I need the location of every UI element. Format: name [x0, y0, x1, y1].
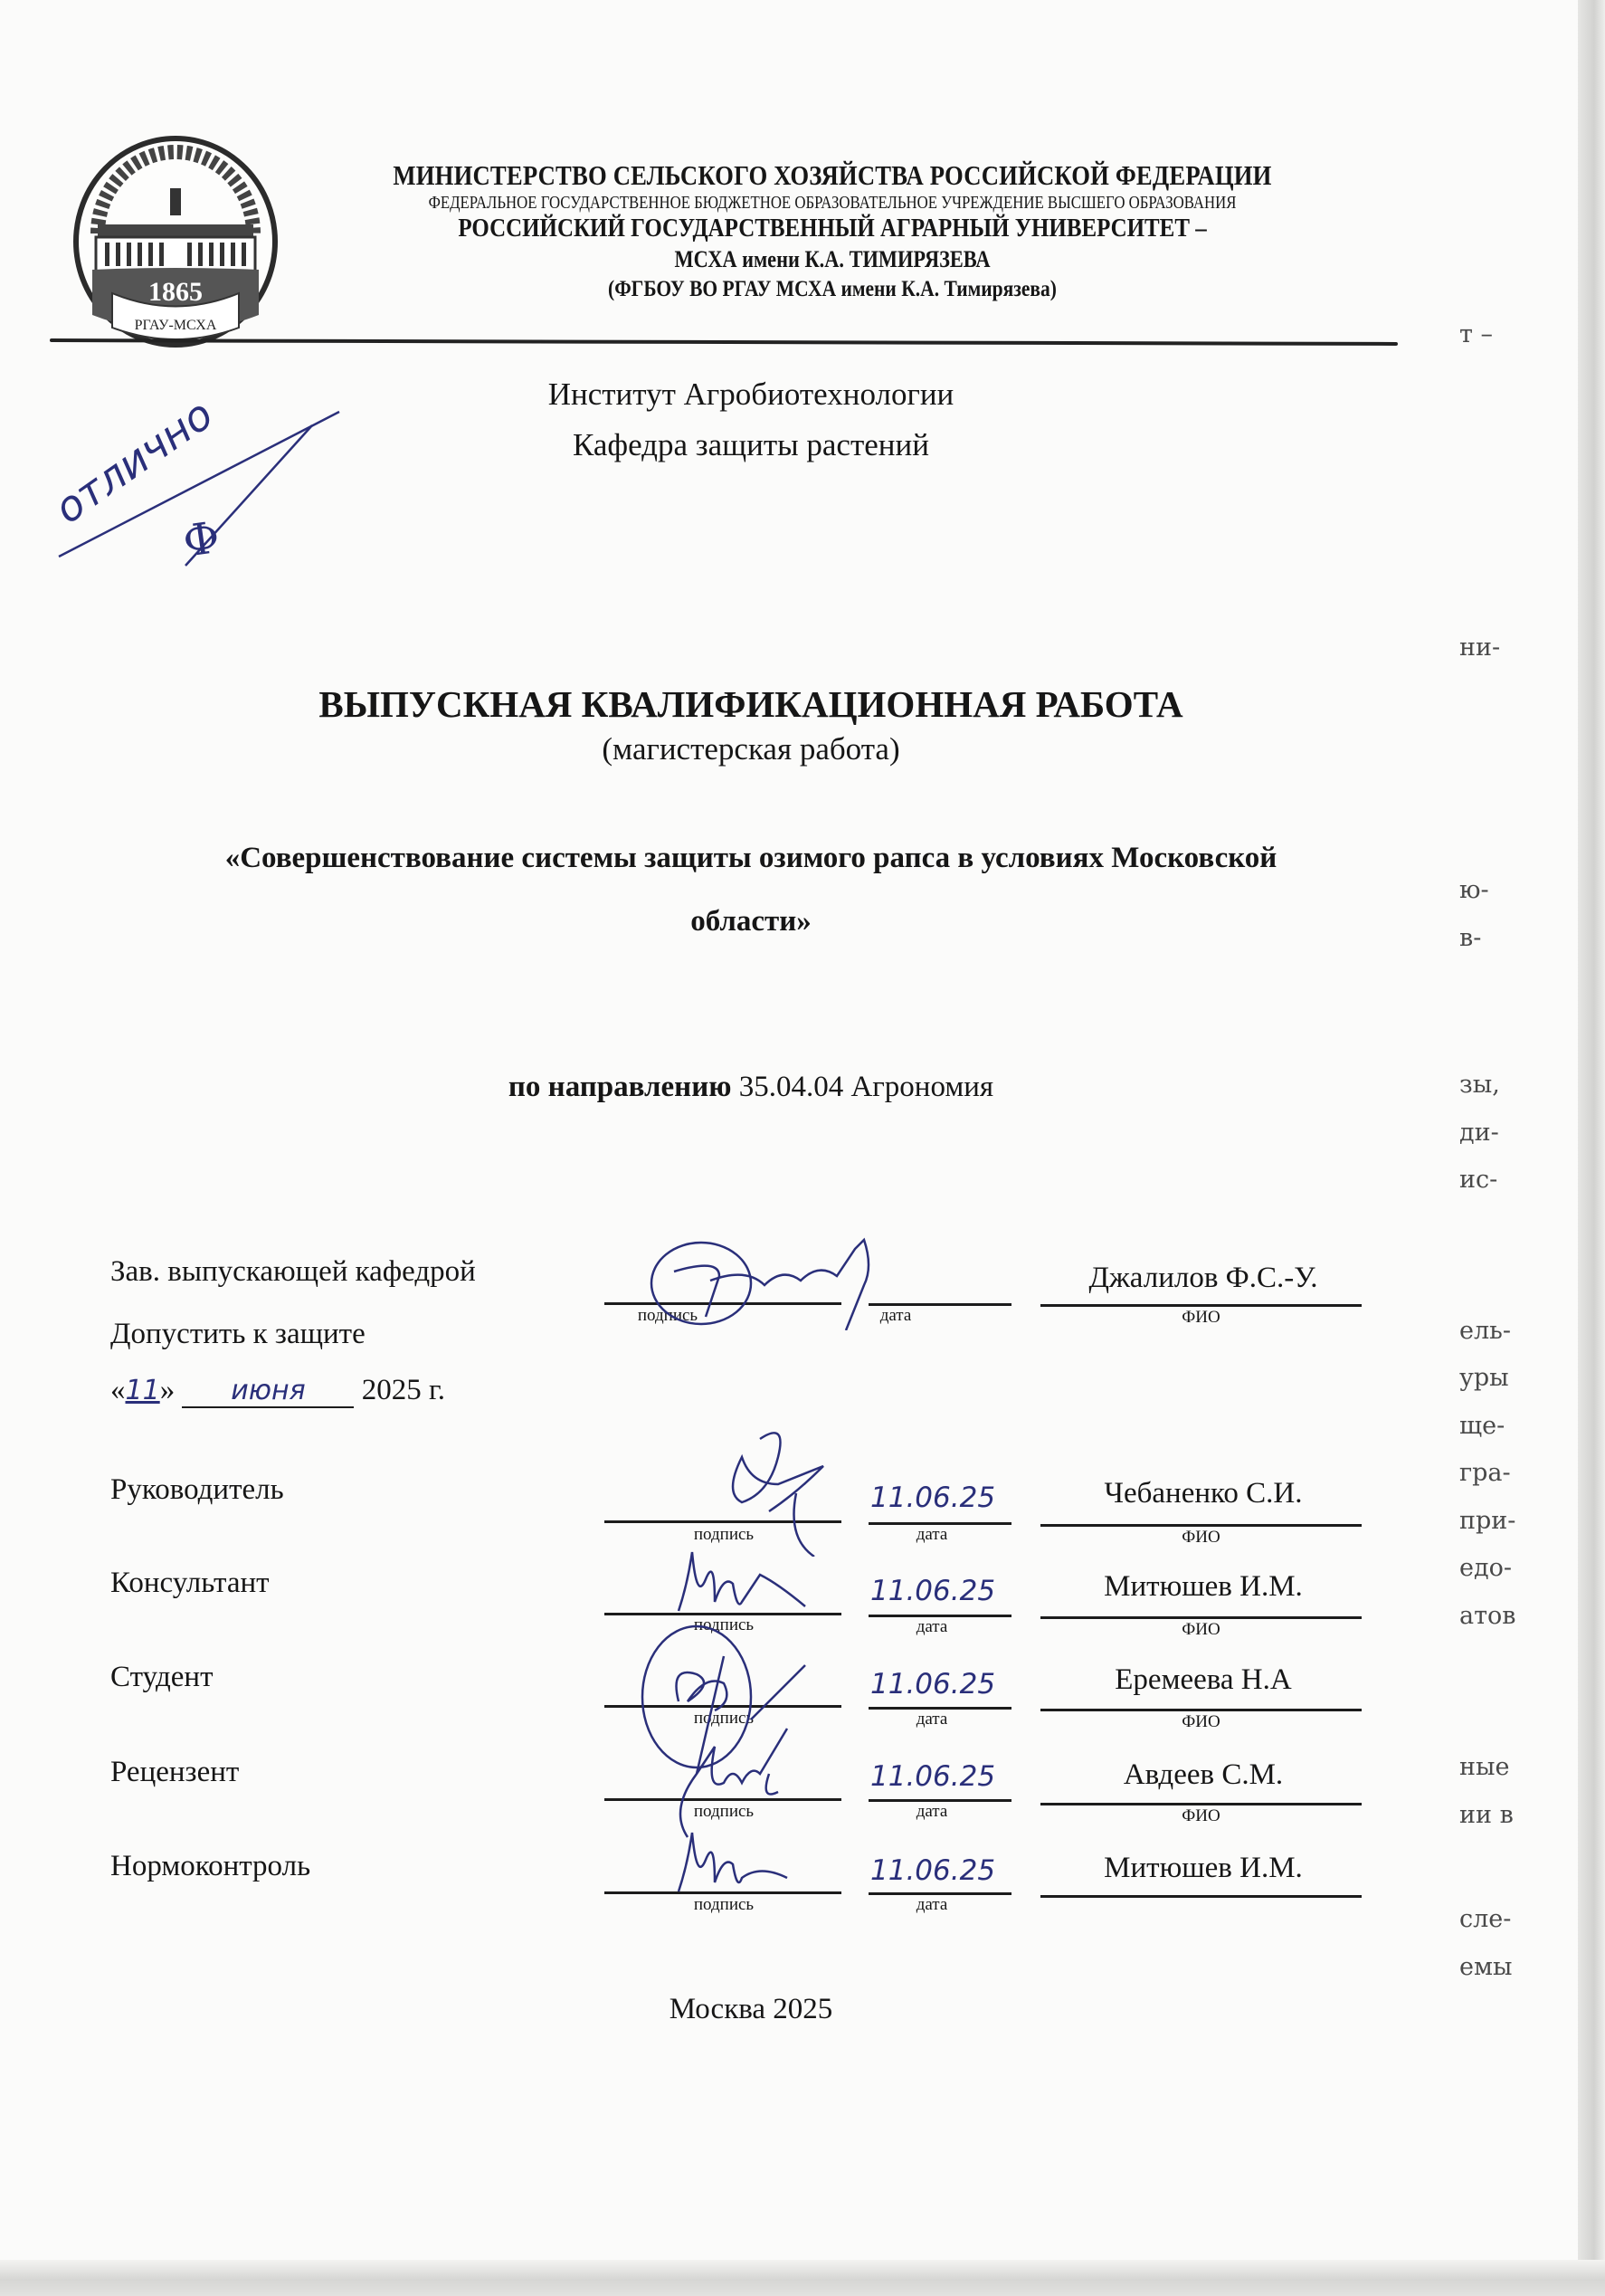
fio-line [1040, 1304, 1362, 1307]
role-reviewer: Рецензент [110, 1756, 239, 1789]
document-page: 1865 РГАУ-МСХА МИНИСТЕРСТВО СЕЛЬСКОГО ХО… [0, 0, 1605, 2296]
university-seal-icon: 1865 РГАУ-МСХА [71, 134, 280, 349]
bleed-through-text: т – [1459, 320, 1493, 348]
role-head-of-department: Зав. выпускающей кафедрой [110, 1255, 476, 1289]
city-year: Москва 2025 [0, 1993, 1502, 2026]
paper-edge-bottom [0, 2260, 1605, 2296]
caption-date: дата [905, 1710, 959, 1729]
bleed-through-text: емы [1459, 1953, 1512, 1981]
signature-consultant [670, 1548, 850, 1629]
caption-fio: ФИО [1040, 1806, 1362, 1826]
caption-date: дата [905, 1617, 959, 1637]
bleed-through-text: ные [1459, 1753, 1509, 1781]
fio-reviewer: Авдеев С.М. [1040, 1758, 1366, 1792]
fio-line [1040, 1524, 1362, 1527]
caption-fio: ФИО [1040, 1528, 1362, 1548]
study-direction: по направлению 35.04.04 Агрономия [0, 1071, 1502, 1104]
fio-line [1040, 1803, 1362, 1805]
date-norm-control: 11.06.25 [870, 1854, 995, 1887]
bleed-through-text: ии в [1459, 1801, 1514, 1829]
signature-supervisor [688, 1421, 869, 1557]
bleed-through-text: ю- [1459, 876, 1489, 904]
bleed-through-text: ще- [1459, 1412, 1505, 1440]
bleed-through-text: едо- [1459, 1554, 1512, 1582]
institute-name: Институт Агробиотехнологии [0, 376, 1502, 413]
date-reviewer: 11.06.25 [870, 1760, 995, 1793]
fio-supervisor: Чебаненко С.И. [1040, 1477, 1366, 1510]
caption-fio: ФИО [1040, 1308, 1362, 1328]
caption-fio: ФИО [1040, 1712, 1362, 1732]
university-named-after: МСХА имени К.А. ТИМИРЯЗЕВА [374, 246, 1292, 273]
fio-line [1040, 1616, 1362, 1619]
role-supervisor: Руководитель [110, 1473, 284, 1507]
fio-head-of-department: Джалилов Ф.С.-У. [1040, 1262, 1366, 1295]
signature-norm-control [670, 1828, 850, 1901]
admission-day: 11 [126, 1375, 160, 1406]
document-subtitle: (магистерская работа) [0, 731, 1502, 767]
federal-institution-line: ФЕДЕРАЛЬНОЕ ГОСУДАРСТВЕННОЕ БЮДЖЕТНОЕ ОБ… [374, 194, 1292, 214]
svg-text:Ф: Ф [180, 512, 223, 567]
fio-student: Еремеева Н.А [1040, 1663, 1366, 1697]
fio-consultant: Митюшев И.М. [1040, 1570, 1366, 1604]
document-title: ВЫПУСКНАЯ КВАЛИФИКАЦИОННАЯ РАБОТА [0, 682, 1502, 726]
bleed-through-text: ни- [1459, 634, 1500, 662]
thesis-topic-line-1: «Совершенствование системы защиты озимог… [0, 842, 1502, 875]
bleed-through-text: при- [1459, 1507, 1515, 1535]
admission-month: июня [182, 1375, 354, 1408]
admission-label: Допустить к защите [110, 1318, 366, 1351]
thesis-topic-line-2: области» [0, 905, 1502, 938]
signature-head-of-department [638, 1231, 936, 1330]
svg-text:1865: 1865 [148, 277, 203, 307]
fio-line [1040, 1709, 1362, 1711]
bleed-through-text: зы, [1459, 1071, 1500, 1099]
bleed-through-text: ель- [1459, 1317, 1511, 1345]
caption-date: дата [905, 1895, 959, 1915]
paper-edge-right [1578, 0, 1605, 2296]
caption-fio: ФИО [1040, 1620, 1362, 1640]
bleed-through-text: уры [1459, 1364, 1509, 1392]
svg-text:РГАУ-МСХА: РГАУ-МСХА [135, 318, 217, 333]
university-name: РОССИЙСКИЙ ГОСУДАРСТВЕННЫЙ АГРАРНЫЙ УНИВ… [374, 214, 1292, 243]
department-name: Кафедра защиты растений [0, 427, 1502, 463]
admission-year: 2025 г. [362, 1374, 445, 1406]
date-supervisor: 11.06.25 [870, 1481, 995, 1514]
caption-date: дата [905, 1802, 959, 1822]
study-direction-value: 35.04.04 Агрономия [739, 1071, 993, 1103]
role-student: Студент [110, 1661, 214, 1694]
bleed-through-text: ди- [1459, 1119, 1499, 1147]
role-consultant: Консультант [110, 1567, 270, 1600]
study-direction-label: по направлению [508, 1071, 732, 1103]
university-abbreviation: (ФГБОУ ВО РГАУ МСХА имени К.А. Тимирязев… [374, 277, 1292, 302]
signature-reviewer [633, 1720, 850, 1846]
admission-date: «11» июня 2025 г. [110, 1374, 445, 1408]
ministry-heading: МИНИСТЕРСТВО СЕЛЬСКОГО ХОЗЯЙСТВА РОССИЙС… [374, 159, 1292, 192]
bleed-through-text: ис- [1459, 1166, 1497, 1194]
bleed-through-text: гра- [1459, 1459, 1511, 1487]
fio-norm-control: Митюшев И.М. [1040, 1852, 1366, 1885]
role-norm-control: Нормоконтроль [110, 1850, 310, 1883]
date-consultant: 11.06.25 [870, 1575, 995, 1607]
bleed-through-text: атов [1459, 1602, 1516, 1630]
bleed-through-text: сле- [1459, 1905, 1511, 1933]
caption-date: дата [905, 1525, 959, 1545]
fio-line [1040, 1895, 1362, 1898]
date-student: 11.06.25 [870, 1668, 995, 1701]
bleed-through-text: в- [1459, 924, 1481, 952]
